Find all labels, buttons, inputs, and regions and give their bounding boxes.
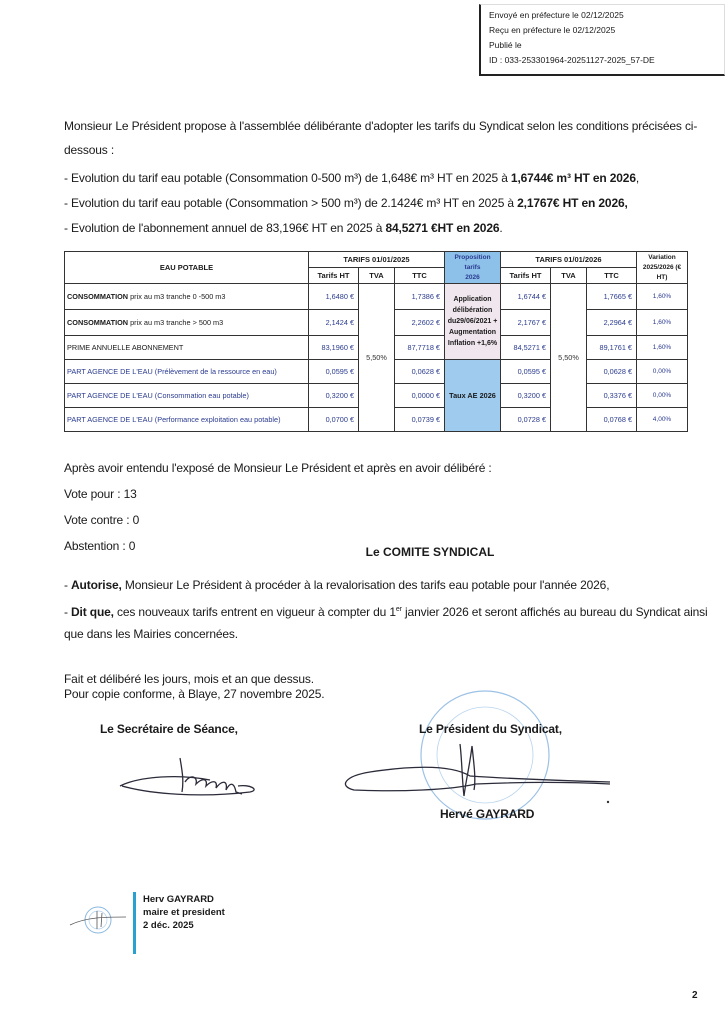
variation: 1,60%	[637, 336, 688, 360]
page-number: 2	[692, 990, 698, 1001]
stamp-received: Reçu en préfecture le 02/12/2025	[489, 23, 724, 38]
secretary-title: Le Secrétaire de Séance,	[100, 721, 238, 737]
header-tva-2025: TVA	[359, 268, 395, 284]
ht-2026: 0,3200 €	[501, 384, 551, 408]
ttc-2026: 89,1761 €	[587, 336, 637, 360]
row-label: CONSOMMATION prix au m3 tranche 0 -500 m…	[65, 284, 309, 310]
ht-2026: 0,0595 €	[501, 360, 551, 384]
autorise-clause: - Autorise, Monsieur Le Président à proc…	[64, 577, 609, 593]
ttc-2026: 1,7665 €	[587, 284, 637, 310]
variation: 1,60%	[637, 284, 688, 310]
ht-2025: 2,1424 €	[309, 310, 359, 336]
president-signature	[340, 740, 640, 810]
intro-line-2: dessous :	[64, 142, 114, 158]
tva-2025: 5,50%	[359, 284, 395, 432]
e-signature-date: 2 déc. 2025	[143, 919, 225, 932]
e-signature-info: Herv GAYRARD maire et president 2 déc. 2…	[143, 893, 225, 932]
header-ttc-2025: TTC	[395, 268, 445, 284]
ttc-2025: 1,7386 €	[395, 284, 445, 310]
stamp-id: ID : 033-253301964-20251127-2025_57-DE	[489, 53, 724, 68]
row-label: PART AGENCE DE L'EAU (Consommation eau p…	[65, 384, 309, 408]
table-row: CONSOMMATION prix au m3 tranche 0 -500 m…	[65, 284, 688, 310]
ht-2026: 2,1767 €	[501, 310, 551, 336]
row-label: PRIME ANNUELLE ABONNEMENT	[65, 336, 309, 360]
bullet-tarif-0-500: - Evolution du tarif eau potable (Consom…	[64, 170, 639, 186]
header-tarifs-2025: TARIFS 01/01/2025	[309, 252, 445, 268]
intro-line-1: Monsieur Le Président propose à l'assemb…	[64, 118, 697, 134]
e-signature-seal-icon	[66, 895, 136, 945]
ttc-2026: 2,2964 €	[587, 310, 637, 336]
ht-2026: 1,6744 €	[501, 284, 551, 310]
variation: 0,00%	[637, 360, 688, 384]
e-signature-name: Herv GAYRARD	[143, 893, 225, 906]
row-label: CONSOMMATION prix au m3 tranche > 500 m3	[65, 310, 309, 336]
proposition-application: Application délibération du29/06/2021 + …	[445, 284, 501, 360]
ttc-2026: 0,0768 €	[587, 408, 637, 432]
variation: 0,00%	[637, 384, 688, 408]
dit-que-clause-line2: que dans les Mairies concernées.	[64, 626, 238, 642]
bullet-abonnement: - Evolution de l'abonnement annuel de 83…	[64, 220, 503, 236]
closing-line-2: Pour copie conforme, à Blaye, 27 novembr…	[64, 686, 324, 702]
ht-2025: 0,0700 €	[309, 408, 359, 432]
header-tva-2026: TVA	[551, 268, 587, 284]
ht-2025: 0,0595 €	[309, 360, 359, 384]
variation: 4,00%	[637, 408, 688, 432]
ttc-2026: 0,3376 €	[587, 384, 637, 408]
header-tarifs-2026: TARIFS 01/01/2026	[501, 252, 637, 268]
ttc-2025: 0,0000 €	[395, 384, 445, 408]
ttc-2025: 2,2602 €	[395, 310, 445, 336]
header-ht-2025: Tarifs HT	[309, 268, 359, 284]
committee-title: Le COMITE SYNDICAL	[0, 545, 728, 559]
closing-line-1: Fait et délibéré les jours, mois et an q…	[64, 671, 314, 687]
bullet-tarif-500-plus: - Evolution du tarif eau potable (Consom…	[64, 195, 628, 211]
row-label: PART AGENCE DE L'EAU (Prélèvement de la …	[65, 360, 309, 384]
ht-2025: 83,1960 €	[309, 336, 359, 360]
row-label: PART AGENCE DE L'EAU (Performance exploi…	[65, 408, 309, 432]
stamp-published: Publié le	[489, 38, 724, 53]
tva-2026: 5,50%	[551, 284, 587, 432]
header-proposition-2026: Proposition tarifs 2026	[445, 252, 501, 284]
variation: 1,60%	[637, 310, 688, 336]
header-ht-2026: Tarifs HT	[501, 268, 551, 284]
ht-2026: 0,0728 €	[501, 408, 551, 432]
ttc-2025: 0,0628 €	[395, 360, 445, 384]
president-title: Le Président du Syndicat,	[419, 721, 562, 737]
header-variation: Variation 2025/2026 (€ HT)	[637, 252, 688, 284]
proposition-taux-ae: Taux AE 2026	[445, 360, 501, 432]
ttc-2025: 87,7718 €	[395, 336, 445, 360]
ht-2025: 1,6480 €	[309, 284, 359, 310]
e-signature-role: maire et president	[143, 906, 225, 919]
vote-pour: Vote pour : 13	[64, 486, 137, 502]
deliberation-intro: Après avoir entendu l'exposé de Monsieur…	[64, 460, 492, 476]
president-name: Hervé GAYRARD	[440, 806, 534, 822]
e-signature-bar	[133, 892, 136, 954]
ht-2025: 0,3200 €	[309, 384, 359, 408]
header-eau-potable: EAU POTABLE	[65, 252, 309, 284]
stamp-sent: Envoyé en préfecture le 02/12/2025	[489, 8, 724, 23]
vote-contre: Vote contre : 0	[64, 512, 139, 528]
ttc-2025: 0,0739 €	[395, 408, 445, 432]
secretary-signature	[110, 750, 270, 810]
header-ttc-2026: TTC	[587, 268, 637, 284]
ht-2026: 84,5271 €	[501, 336, 551, 360]
tarifs-table: EAU POTABLE TARIFS 01/01/2025 Propositio…	[64, 251, 688, 432]
dit-que-clause: - Dit que, ces nouveaux tarifs entrent e…	[64, 602, 708, 620]
ttc-2026: 0,0628 €	[587, 360, 637, 384]
prefecture-stamp: Envoyé en préfecture le 02/12/2025 Reçu …	[479, 4, 725, 76]
